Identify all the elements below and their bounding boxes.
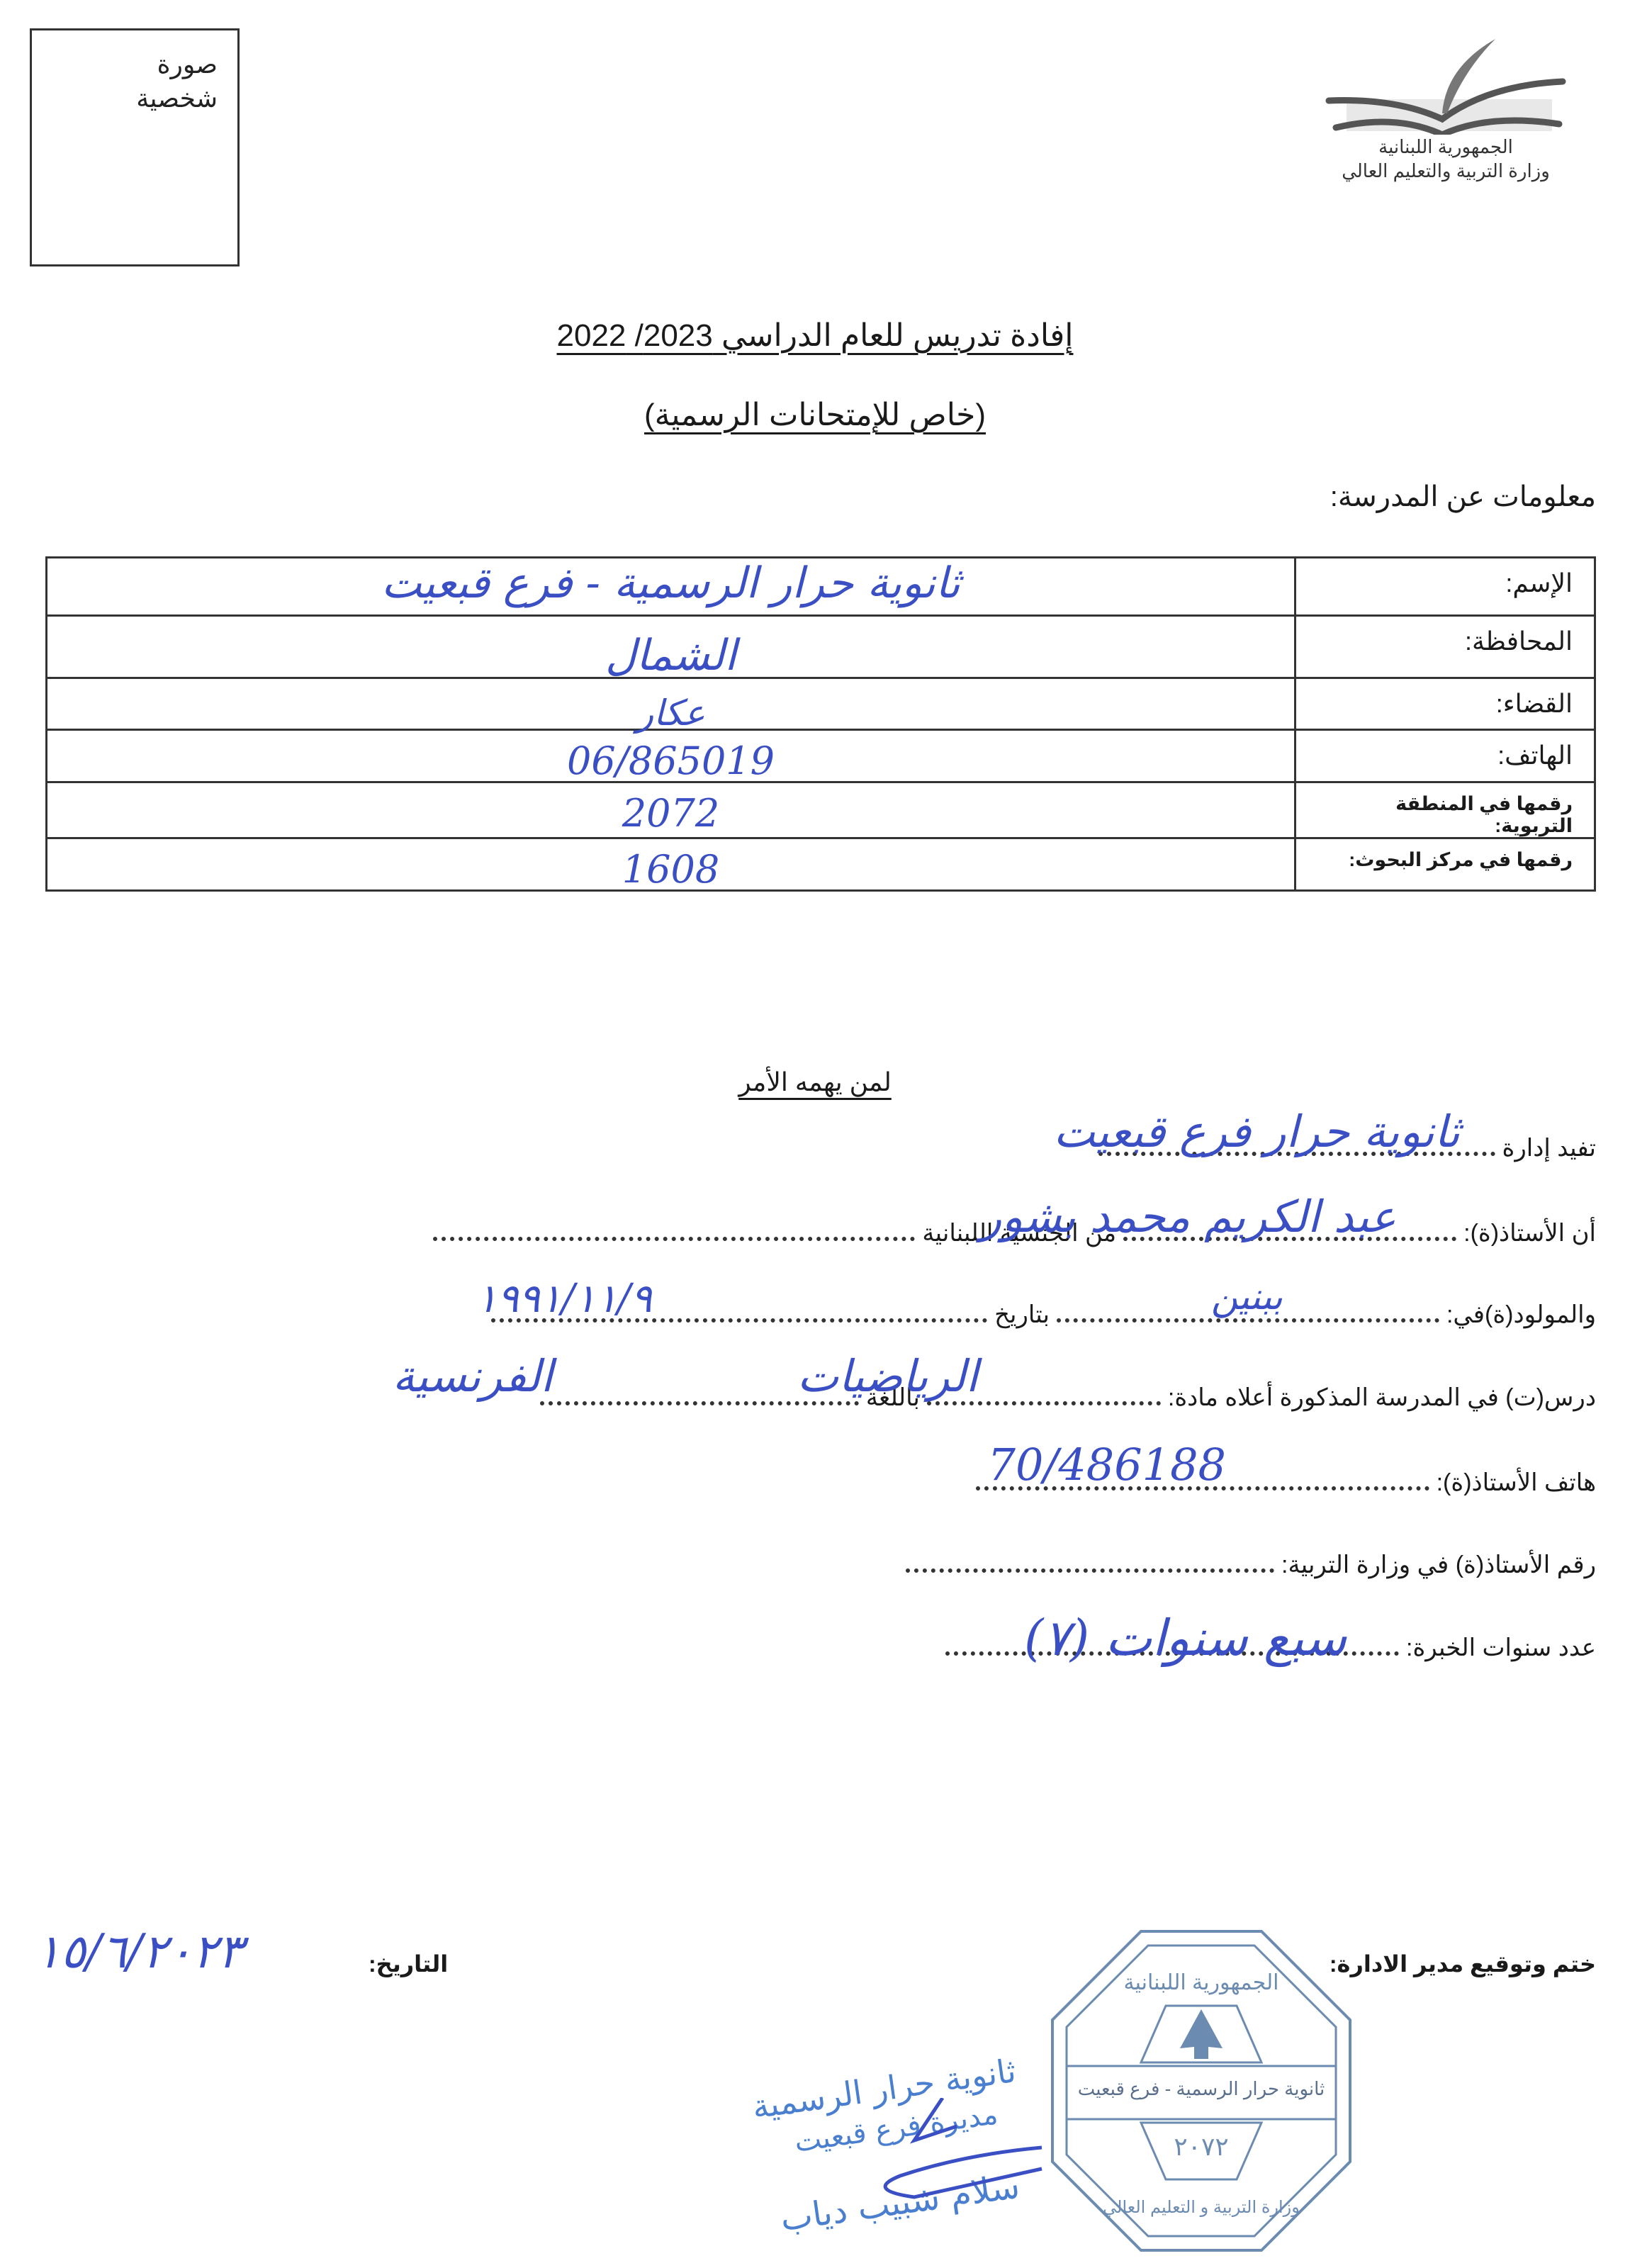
open-book-icon: [1325, 35, 1566, 135]
personal-photo-box: صورة شخصية: [30, 28, 240, 266]
teacher-label: أن الأستاذ(ة):: [1463, 1219, 1596, 1247]
birth-date-value: ١٩٩١/١١/٩: [476, 1276, 652, 1322]
admin-label: تفيد إدارة: [1502, 1134, 1596, 1162]
value-research-center-number: 1608: [47, 838, 1295, 891]
label-research-center-number: رقمها في مركز البحوث:: [1295, 838, 1595, 891]
director-signature-icon: [836, 2098, 1049, 2211]
table-row: رقمها في المنطقة التربوية: 2072: [47, 782, 1595, 838]
experience-value: سبع سنوات (٧): [1024, 1609, 1347, 1667]
label-edu-region-number: رقمها في المنطقة التربوية:: [1295, 782, 1595, 838]
subject-value: الرياضيات: [797, 1350, 978, 1402]
school-info-heading: معلومات عن المدرسة:: [1330, 481, 1596, 513]
ministry-number-label: رقم الأستاذ(ة) في وزارة التربية:: [1281, 1551, 1596, 1579]
photo-label-line2: شخصية: [136, 82, 218, 116]
admin-value: ثانوية حرار فرع قبعيت: [1054, 1106, 1460, 1157]
document-title: إفادة تدريس للعام الدراسي 2023/ 2022: [0, 318, 1630, 354]
cedar-tree-icon: [1180, 2009, 1222, 2059]
table-row: القضاء: عكار: [47, 678, 1595, 730]
label-governorate: المحافظة:: [1295, 616, 1595, 678]
label-phone: الهاتف:: [1295, 730, 1595, 782]
photo-label-line1: صورة: [136, 47, 218, 82]
value-school-name: ثانوية حرار الرسمية - فرع قبعيت: [47, 558, 1295, 616]
stamp-number-text: ٢٠٧٢: [1049, 2132, 1354, 2162]
born-in-value: ببنين: [1211, 1276, 1283, 1318]
date-value: ١٥/٦/٢٠٢٣: [35, 1924, 243, 1979]
table-row: المحافظة: الشمال: [47, 616, 1595, 678]
official-school-stamp: الجمهورية اللبنانية ثانوية حرار الرسمية …: [1049, 1928, 1354, 2254]
language-value: الفرنسية: [393, 1350, 553, 1402]
school-info-table: الإسم: ثانوية حرار الرسمية - فرع قبعيت ا…: [45, 556, 1596, 892]
ministry-logo: الجمهورية اللبنانية وزارة التربية والتعل…: [1297, 35, 1595, 198]
teacher-name-value: عبد الكريم محمد بشور: [980, 1191, 1396, 1242]
stamp-signature-label: ختم وتوقيع مدير الادارة:: [1330, 1950, 1596, 1977]
stamp-bottom-text: وزارة التربية و التعليم العالي: [1049, 2197, 1354, 2218]
teacher-phone-value: 70/486188: [988, 1439, 1226, 1491]
value-governorate: الشمال: [47, 616, 1295, 678]
table-row: الهاتف: 06/865019: [47, 730, 1595, 782]
value-phone: 06/865019: [47, 730, 1295, 782]
to-whom-heading: لمن يهمه الأمر: [0, 1063, 1630, 1099]
date-label: التاريخ:: [369, 1950, 448, 1977]
birth-line: والمولود(ة)في: بتاريخ: [491, 1301, 1596, 1329]
experience-label: عدد سنوات الخبرة:: [1406, 1634, 1596, 1662]
stamp-top-text: الجمهورية اللبنانية: [1049, 1970, 1354, 1995]
logo-ministry-text: وزارة التربية والتعليم العالي: [1297, 159, 1595, 183]
stamp-school-text: ثانوية حرار الرسمية - فرع قبعيت: [1049, 2078, 1354, 2100]
ministry-number-line: رقم الأستاذ(ة) في وزارة التربية:: [906, 1551, 1596, 1579]
label-name: الإسم:: [1295, 558, 1595, 616]
teacher-phone-label: هاتف الأستاذ(ة):: [1437, 1469, 1596, 1497]
label-district: القضاء:: [1295, 678, 1595, 730]
table-row: الإسم: ثانوية حرار الرسمية - فرع قبعيت: [47, 558, 1595, 616]
birth-date-label: بتاريخ: [994, 1301, 1050, 1329]
value-district: عكار: [47, 678, 1295, 730]
value-edu-region-number: 2072: [47, 782, 1295, 838]
ministry-number-dotted-field: [906, 1564, 1274, 1573]
born-in-label: والمولود(ة)في:: [1446, 1301, 1596, 1329]
document-subtitle: (خاص للإمتحانات الرسمية): [0, 397, 1630, 433]
logo-republic-text: الجمهورية اللبنانية: [1297, 135, 1595, 159]
nationality-dotted-field: [433, 1233, 915, 1241]
taught-label: درس(ت) في المدرسة المذكورة أعلاه مادة:: [1168, 1383, 1596, 1412]
table-row: رقمها في مركز البحوث: 1608: [47, 838, 1595, 891]
subject-line: درس(ت) في المدرسة المذكورة أعلاه مادة: ب…: [540, 1383, 1596, 1412]
